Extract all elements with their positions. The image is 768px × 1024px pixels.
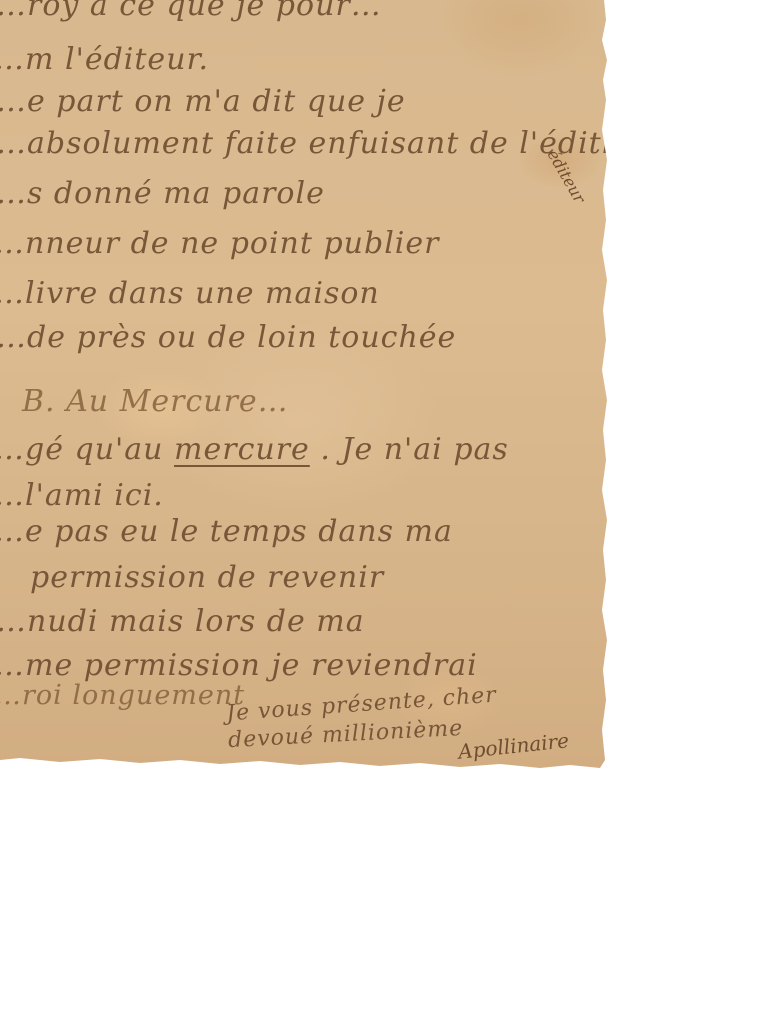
letter-paper: …roy à ce que je pour… …m l'éditeur. …e … bbox=[0, 0, 608, 768]
handwritten-line: …de près ou de loin touchée bbox=[0, 320, 456, 355]
underlined-word: mercure bbox=[174, 432, 310, 467]
handwritten-text: . Je n'ai pas bbox=[320, 432, 508, 467]
handwritten-line: …gé qu'au mercure . Je n'ai pas bbox=[0, 432, 509, 467]
handwritten-line: …livre dans une maison bbox=[0, 276, 380, 311]
handwritten-line: …nudi mais lors de ma bbox=[0, 604, 365, 639]
handwritten-text: …gé qu'au bbox=[0, 432, 163, 467]
handwritten-line: B. Au Mercure… bbox=[22, 384, 289, 419]
handwritten-line: …e pas eu le temps dans ma bbox=[0, 514, 453, 549]
handwritten-line: …e part on m'a dit que je bbox=[0, 84, 406, 119]
handwritten-line: …roi longuement bbox=[0, 680, 245, 711]
handwritten-line: …l'ami ici. bbox=[0, 478, 164, 513]
handwritten-line: …me permission je reviendrai bbox=[0, 648, 478, 683]
handwritten-line: permission de revenir bbox=[30, 560, 384, 595]
handwritten-line: …nneur de ne point publier bbox=[0, 226, 440, 261]
signature: Apollinaire bbox=[457, 728, 570, 763]
handwritten-line: …s donné ma parole bbox=[0, 176, 325, 211]
handwritten-line: …roy à ce que je pour… bbox=[0, 0, 382, 23]
handwritten-line: …m l'éditeur. bbox=[0, 42, 209, 77]
